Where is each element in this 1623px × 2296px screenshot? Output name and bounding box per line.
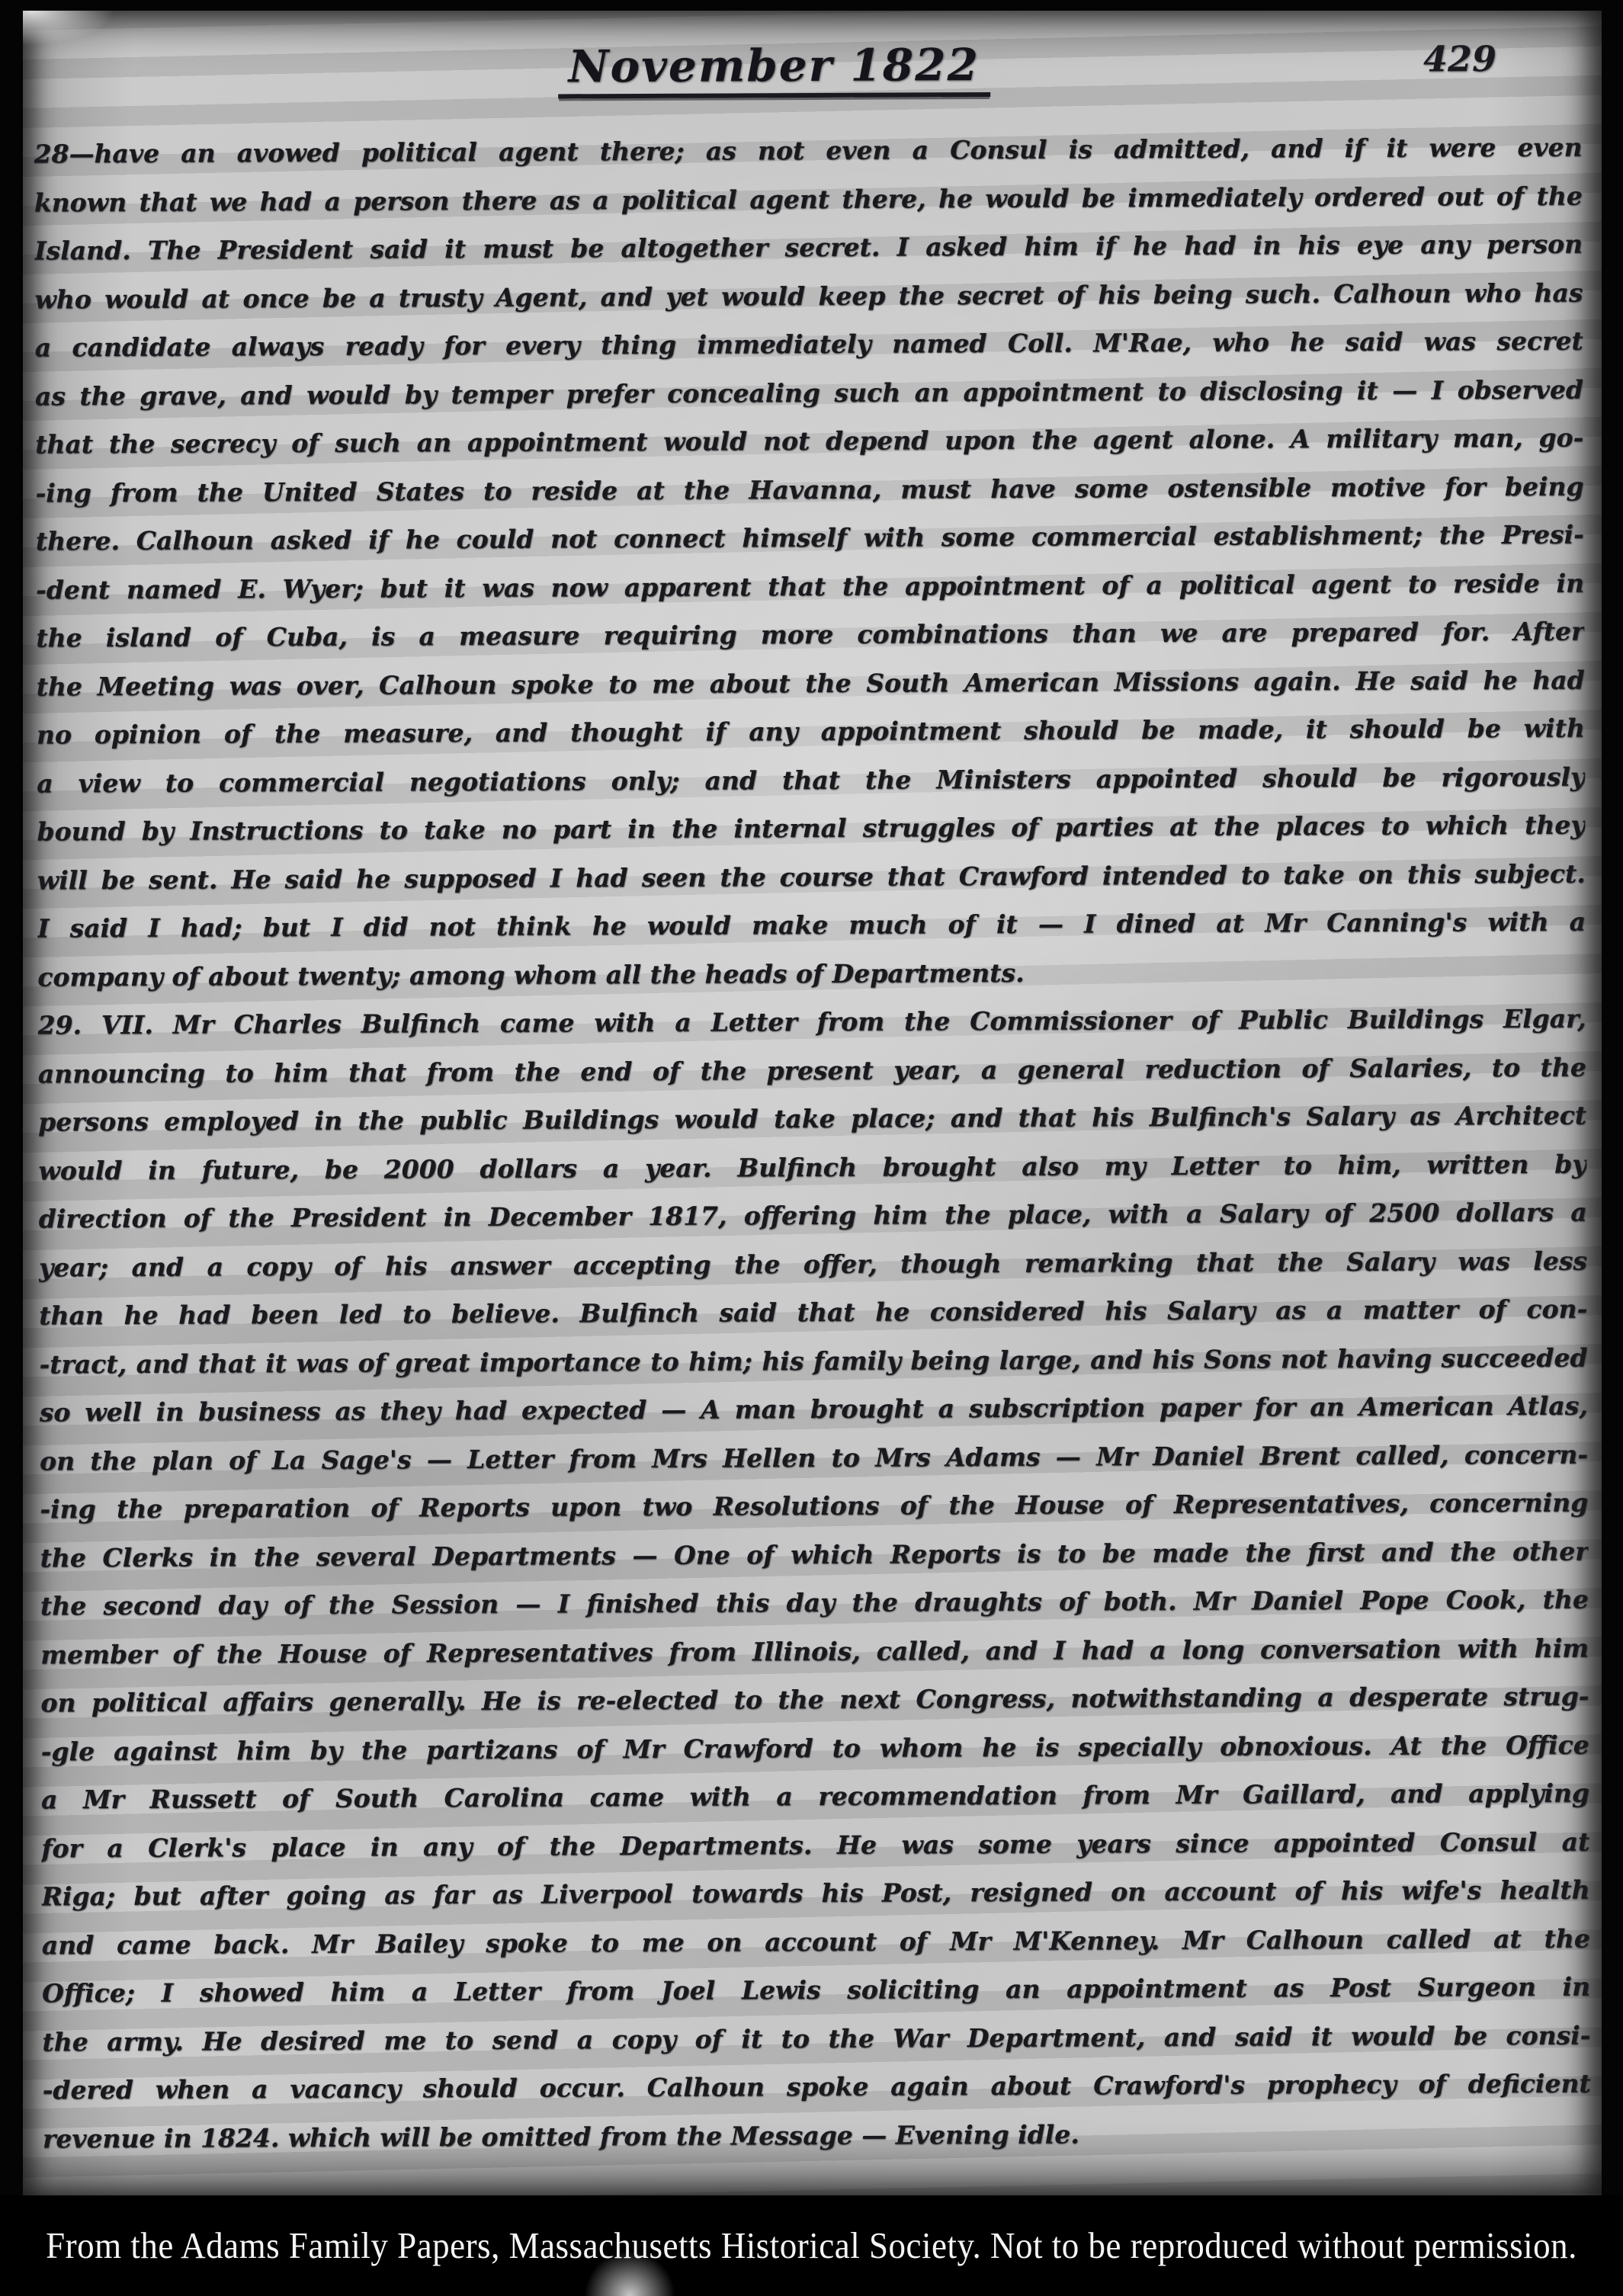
manuscript-line: I said I had; but I did not think he wou… xyxy=(37,898,1586,953)
manuscript-line: so well in business as they had expected… xyxy=(40,1382,1588,1437)
manuscript-line: the second day of the Session — I finish… xyxy=(40,1576,1589,1631)
manuscript-line: -tract, and that it was of great importa… xyxy=(39,1333,1587,1388)
manuscript-line: -dent named E. Wyer; but it was now appa… xyxy=(36,559,1584,614)
manuscript-line: -ing from the United States to reside at… xyxy=(35,462,1583,517)
manuscript-line: the Meeting was over, Calhoun spoke to m… xyxy=(37,656,1585,710)
manuscript-line: Island. The President said it must be al… xyxy=(34,220,1583,275)
manuscript-line: on political affairs generally. He is re… xyxy=(40,1672,1589,1727)
manuscript-line: the Clerks in the several Departments — … xyxy=(40,1527,1588,1582)
scanned-diary-page: { "page": { "header": { "title": "Novemb… xyxy=(0,0,1623,2296)
manuscript-line: there. Calhoun asked if he could not con… xyxy=(36,511,1584,566)
manuscript-line: a view to commercial negotiations only; … xyxy=(37,752,1585,807)
page-title-date: November 1822 xyxy=(557,39,990,98)
manuscript-line: bound by Instructions to take no part in… xyxy=(37,801,1585,856)
manuscript-line: for a Clerk's place in any of the Depart… xyxy=(41,1817,1589,1872)
manuscript-line: no opinion of the measure, and thought i… xyxy=(37,704,1585,759)
manuscript-line: that the secrecy of such an appointment … xyxy=(35,414,1583,469)
page-number: 429 xyxy=(1423,38,1496,79)
archive-caption-band: From the Adams Family Papers, Massachuse… xyxy=(0,2195,1623,2296)
manuscript-line: the island of Cuba, is a measure requiri… xyxy=(36,608,1584,662)
archive-caption: From the Adams Family Papers, Massachuse… xyxy=(46,2224,1577,2267)
manuscript-line: Riga; but after going as far as Liverpoo… xyxy=(41,1866,1589,1921)
manuscript-line: than he had been led to believe. Bulfinc… xyxy=(39,1285,1587,1340)
manuscript-line: direction of the President in December 1… xyxy=(39,1188,1587,1243)
manuscript-line: known that we had a person there as a po… xyxy=(34,172,1583,226)
manuscript-line: on the plan of La Sage's — Letter from M… xyxy=(40,1430,1588,1485)
manuscript-paper: November 1822 429 28—have an avowed poli… xyxy=(23,11,1602,2195)
manuscript-line: a candidate always ready for every thing… xyxy=(35,317,1583,372)
manuscript-line: -ing the preparation of Reports upon two… xyxy=(40,1479,1588,1534)
manuscript-line: who would at once be a trusty Agent, and… xyxy=(34,268,1583,323)
manuscript-line: as the grave, and would by temper prefer… xyxy=(35,365,1583,420)
manuscript-line: and came back. Mr Bailey spoke to me on … xyxy=(42,1914,1590,1969)
page-header: November 1822 429 xyxy=(30,30,1586,127)
manuscript-line: revenue in 1824. which will be omitted f… xyxy=(43,2108,1591,2163)
manuscript-content: November 1822 429 28—have an avowed poli… xyxy=(30,30,1596,2163)
manuscript-line: 29. VII. Mr Charles Bulfinch came with a… xyxy=(37,995,1586,1050)
manuscript-line: company of about twenty; among whom all … xyxy=(37,946,1586,1001)
manuscript-line: 28—have an avowed political agent there;… xyxy=(34,123,1582,178)
manuscript-line: year; and a copy of his answer accepting… xyxy=(39,1236,1587,1291)
manuscript-text: 28—have an avowed political agent there;… xyxy=(30,120,1596,2163)
manuscript-line: announcing to him that from the end of t… xyxy=(38,1043,1586,1098)
manuscript-line: a Mr Russett of South Carolina came with… xyxy=(41,1769,1589,1824)
manuscript-line: persons employed in the public Buildings… xyxy=(38,1092,1586,1146)
manuscript-line: would in future, be 2000 dollars a year.… xyxy=(38,1140,1586,1194)
manuscript-line: member of the House of Representatives f… xyxy=(40,1624,1589,1679)
manuscript-line: -gle against him by the partizans of Mr … xyxy=(41,1720,1589,1775)
manuscript-line: will be sent. He said he supposed I had … xyxy=(37,849,1586,904)
manuscript-line: -dered when a vacancy should occur. Calh… xyxy=(43,2060,1591,2115)
manuscript-line: Office; I showed him a Letter from Joel … xyxy=(42,1963,1590,2018)
manuscript-line: the army. He desired me to send a copy o… xyxy=(42,2011,1590,2066)
